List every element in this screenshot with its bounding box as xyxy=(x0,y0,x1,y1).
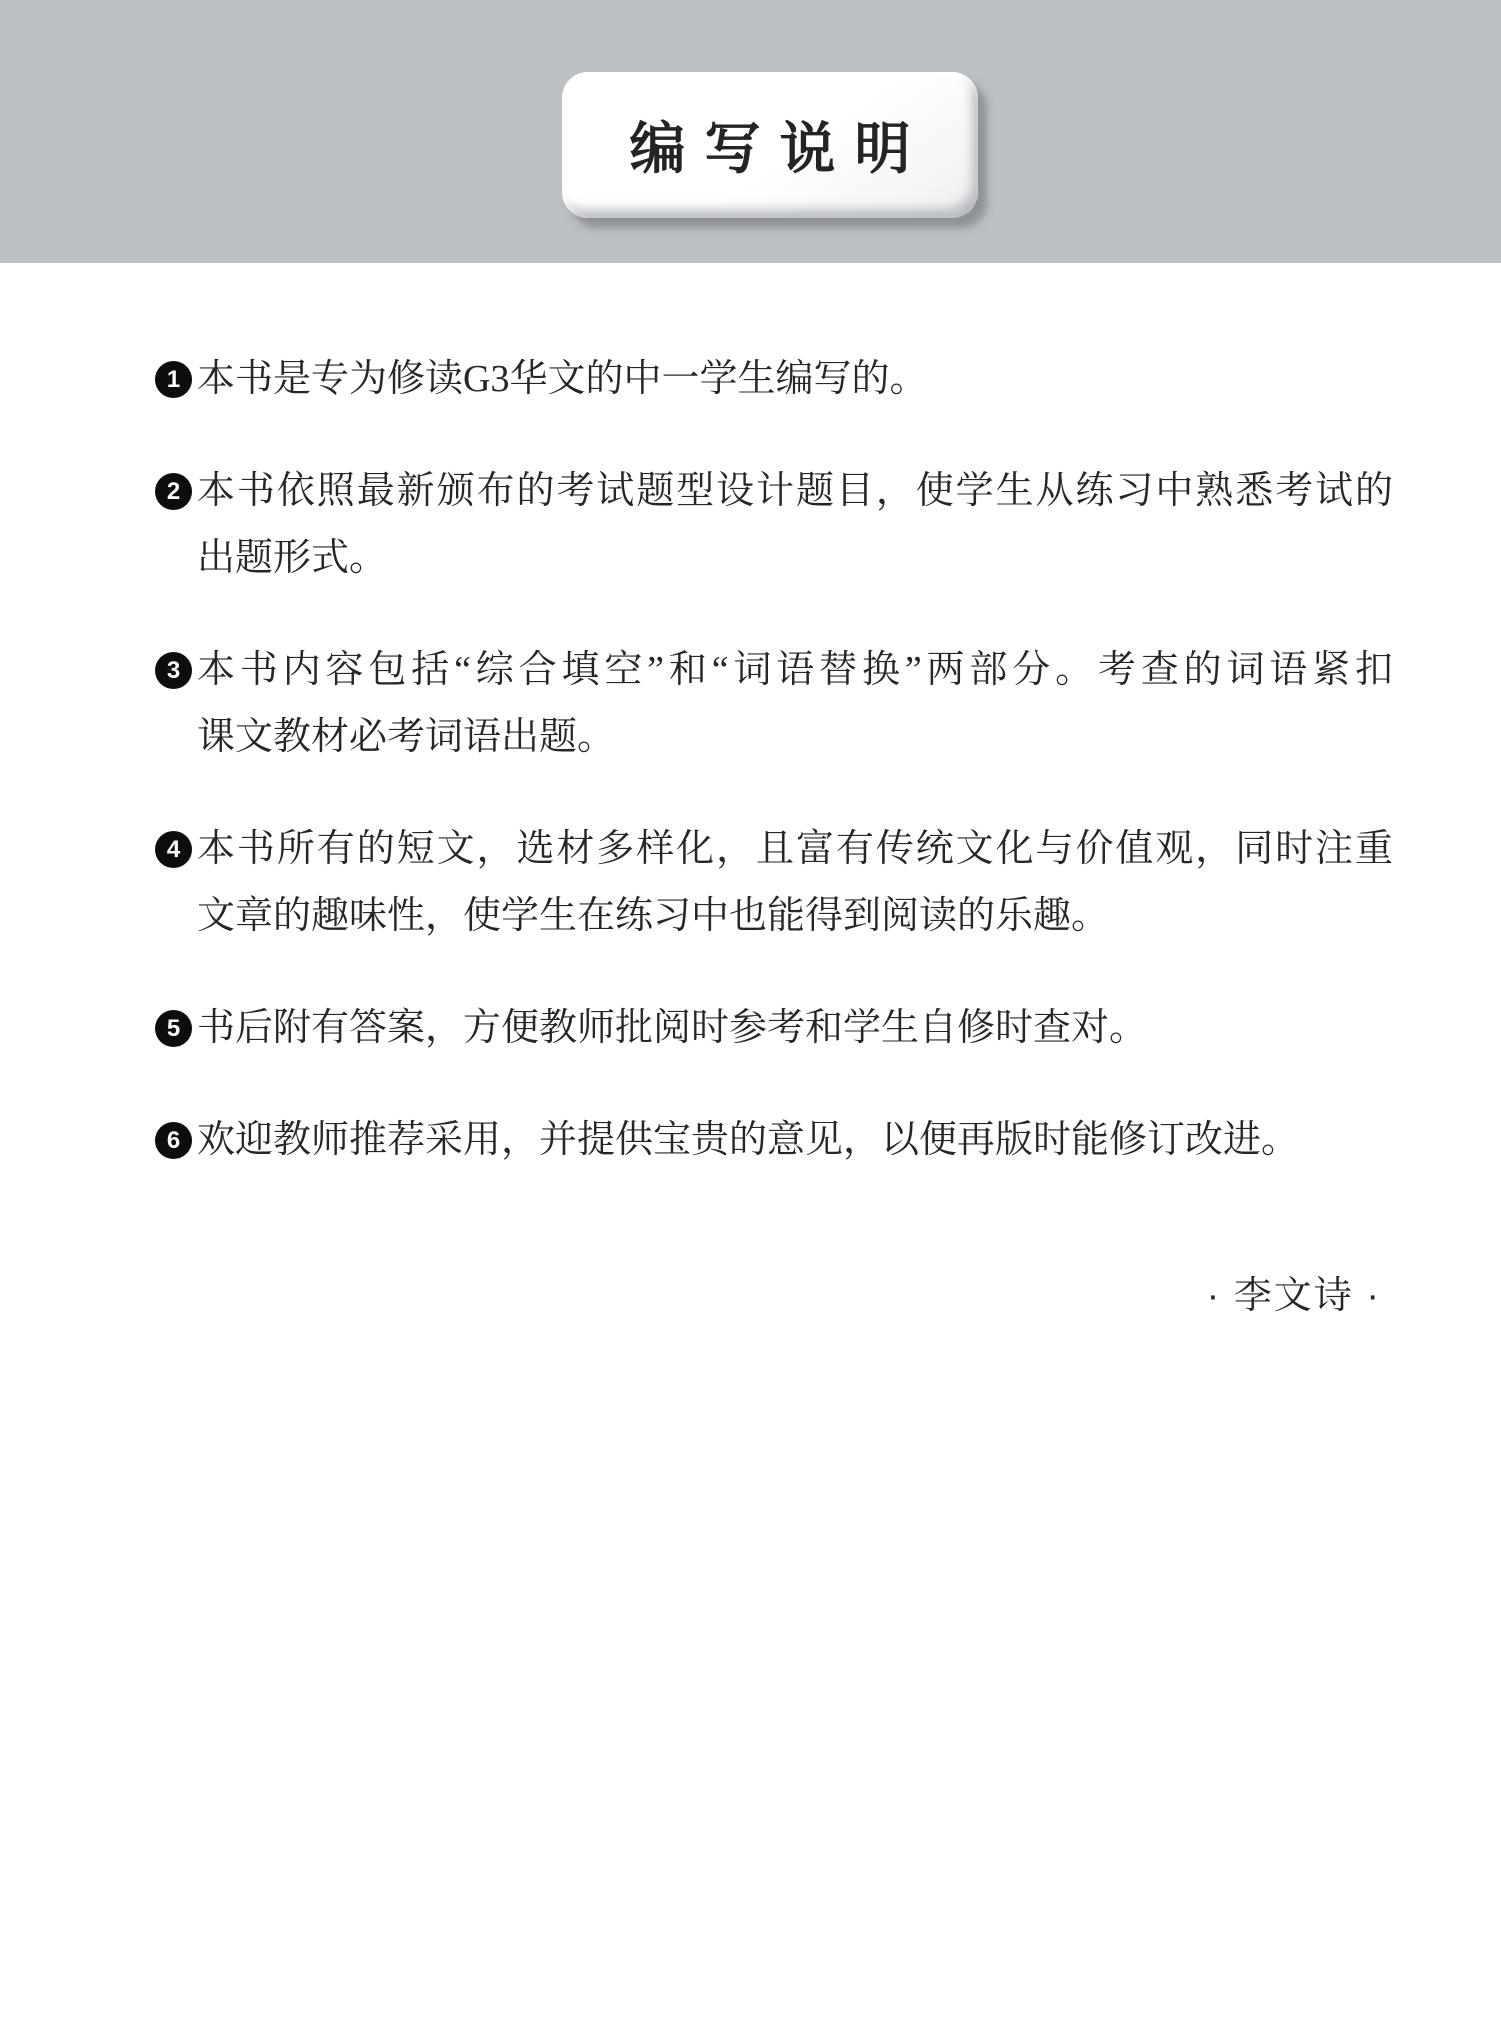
item-text-line: 本书所有的短文，选材多样化，且富有传统文化与价值观，同时注重 xyxy=(197,816,1393,883)
item-number-badge: 6 xyxy=(155,1122,192,1159)
item-text-line: 书后附有答案，方便教师批阅时参考和学生自修时查对。 xyxy=(197,995,1393,1062)
item-text-line: 课文教材必考词语出题。 xyxy=(197,704,1393,771)
author-signature: · 李文诗 · xyxy=(155,1264,1393,1319)
list-item: 4 本书所有的短文，选材多样化，且富有传统文化与价值观，同时注重 文章的趣味性，… xyxy=(155,816,1393,950)
list-item: 6 欢迎教师推荐采用，并提供宝贵的意见，以便再版时能修订改进。 xyxy=(155,1107,1393,1174)
list-item: 1 本书是专为修读G3华文的中一学生编写的。 xyxy=(155,346,1393,413)
item-number-badge: 5 xyxy=(155,1010,192,1047)
notes-list: 1 本书是专为修读G3华文的中一学生编写的。 2 本书依照最新颁布的考试题型设计… xyxy=(155,346,1393,1174)
item-number-badge: 4 xyxy=(155,831,192,868)
item-text-line: 出题形式。 xyxy=(197,525,1393,592)
book-page: 编写说明 1 本书是专为修读G3华文的中一学生编写的。 2 本书依照最新颁布的考… xyxy=(0,0,1501,2041)
item-text-line: 本书是专为修读G3华文的中一学生编写的。 xyxy=(197,346,1393,413)
item-number-badge: 1 xyxy=(155,361,192,398)
item-text-line: 本书内容包括“综合填空”和“词语替换”两部分。考查的词语紧扣 xyxy=(197,637,1393,704)
content-area: 1 本书是专为修读G3华文的中一学生编写的。 2 本书依照最新颁布的考试题型设计… xyxy=(0,263,1501,1319)
title-plaque: 编写说明 xyxy=(562,72,978,218)
item-text-line: 欢迎教师推荐采用，并提供宝贵的意见，以便再版时能修订改进。 xyxy=(197,1107,1393,1174)
item-number-badge: 3 xyxy=(155,652,192,689)
item-text-line: 本书依照最新颁布的考试题型设计题目，使学生从练习中熟悉考试的 xyxy=(197,458,1393,525)
page-title: 编写说明 xyxy=(611,105,930,185)
header-band: 编写说明 xyxy=(0,0,1501,263)
list-item: 3 本书内容包括“综合填空”和“词语替换”两部分。考查的词语紧扣 课文教材必考词… xyxy=(155,637,1393,771)
item-number-badge: 2 xyxy=(155,473,192,510)
list-item: 5 书后附有答案，方便教师批阅时参考和学生自修时查对。 xyxy=(155,995,1393,1062)
list-item: 2 本书依照最新颁布的考试题型设计题目，使学生从练习中熟悉考试的 出题形式。 xyxy=(155,458,1393,592)
item-text-line: 文章的趣味性，使学生在练习中也能得到阅读的乐趣。 xyxy=(197,883,1393,950)
